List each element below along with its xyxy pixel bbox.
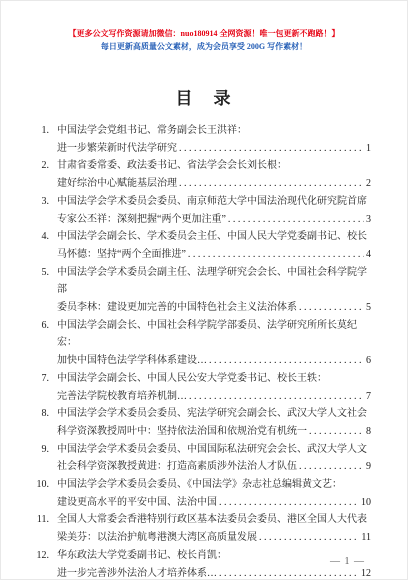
toc-entry-line1: 全国人大常委会香港特别行政区基本法委员会委员、港区全国人大代表: [57, 511, 371, 529]
toc-entry-number: 12.: [29, 547, 49, 580]
toc-entry-page: 10: [361, 494, 371, 512]
toc-entry-body: 中国法学会学术委员会委员、《中国法学》杂志社总编辑黄文艺： 建设更高水平的平安中…: [57, 476, 371, 511]
toc-entry-line2: 马怀德：坚持“两个全面推进”: [57, 246, 186, 264]
toc-entry-line2-row: 委员李林：建设更加完善的中国特色社会主义法治体系 5: [57, 299, 371, 317]
toc-entry-number: 3.: [29, 193, 49, 228]
toc-entry-body: 中国法学会副会长、中国人民公安大学党委书记、校长王轶： 完善法学院校教育培养机制…: [57, 370, 371, 405]
toc-entry-line2: 建好综治中心赋能基层治理: [57, 175, 177, 193]
dot-leader: [209, 352, 364, 370]
toc-entry-line2: 专家公丕祥：深刻把握“两个更加注重”: [57, 211, 226, 229]
toc-entry: 11. 全国人大常委会香港特别行政区基本法委员会委员、港区全国人大代表 梁美芬：…: [29, 511, 371, 546]
dot-leader: [228, 211, 364, 229]
toc-entry-page: 6: [366, 352, 371, 370]
toc-entry-line2-row: 科学资深教授周叶中：坚持依法治国和依规治党有机统一 8: [57, 423, 371, 441]
toc-entry-page: 5: [366, 299, 371, 317]
toc-entry-number: 10.: [29, 476, 49, 511]
toc-entry-body: 中国法学会副会长、学术委员会主任、中国人民大学党委副书记、校长 马怀德：坚持“两…: [57, 228, 371, 263]
toc-entry-line1: 中国法学会学术委员会副主任、法理学研究会会长、中国社会科学院学部: [57, 264, 371, 299]
toc-entry-number: 9.: [29, 441, 49, 476]
toc-entry-line2-row: 社会科学资深教授黄进：打造高素质涉外法治人才队伍 9: [57, 458, 371, 476]
toc-entry-page: 4: [366, 246, 371, 264]
toc-entry: 5. 中国法学会学术委员会副主任、法理学研究会会长、中国社会科学院学部 委员李林…: [29, 264, 371, 317]
toc-entry: 3. 中国法学会学术委员会委员、南京师范大学中国法治现代化研究院首席 专家公丕祥…: [29, 193, 371, 228]
dot-leader: [309, 423, 364, 441]
toc-entry-body: 甘肃省委常委、政法委书记、省法学会会长刘长根： 建好综治中心赋能基层治理 2: [57, 157, 371, 192]
toc-entry-line2-row: 进一步完善涉外法治人才培养体系… 12: [57, 565, 371, 580]
toc-entry-line2: 完善法学院校教育培养机制…: [57, 388, 187, 406]
toc-entry-line2-row: 建好综治中心赋能基层治理 2: [57, 175, 371, 193]
dot-leader: [179, 175, 364, 193]
dot-leader: [189, 388, 364, 406]
toc-entry-line2-row: 马怀德：坚持“两个全面推进” 4: [57, 246, 371, 264]
toc-entry-line2-row: 梁美芬：以法治护航粤港澳大湾区高质量发展 11: [57, 529, 371, 547]
toc-entry: 7. 中国法学会副会长、中国人民公安大学党委书记、校长王轶： 完善法学院校教育培…: [29, 370, 371, 405]
toc-entry: 4. 中国法学会副会长、学术委员会主任、中国人民大学党委副书记、校长 马怀德：坚…: [29, 228, 371, 263]
toc-entry-body: 中国法学会副会长、中国社会科学院学部委员、法学研究所所长莫纪宏： 加快中国特色法…: [57, 317, 371, 370]
toc-entry: 1. 中国法学会党组书记、常务副会长王洪祥： 进一步繁荣新时代法学研究 1: [29, 122, 371, 157]
dot-leader: [299, 458, 364, 476]
dot-leader: [299, 299, 364, 317]
toc-entry-body: 中国法学会学术委员会委员、宪法学研究会副会长、武汉大学人文社会 科学资深教授周叶…: [57, 405, 371, 440]
toc-entry: 12. 华东政法大学党委副书记、校长肖凯： 进一步完善涉外法治人才培养体系… 1…: [29, 547, 371, 580]
toc-entry-number: 7.: [29, 370, 49, 405]
toc-entry-number: 5.: [29, 264, 49, 317]
toc-entry-line2-row: 加快中国特色法学学科体系建设… 6: [57, 352, 371, 370]
toc-entry-line1: 中国法学会学术委员会委员、南京师范大学中国法治现代化研究院首席: [57, 193, 371, 211]
promo-banner-line1: 【更多公文写作资源请加微信：nuo180914 全网资源！唯一包更新不跑路！】: [1, 28, 407, 39]
toc-entry-line1: 中国法学会副会长、中国社会科学院学部委员、法学研究所所长莫纪宏：: [57, 317, 371, 352]
dot-leader: [188, 246, 364, 264]
toc-entry-number: 11.: [29, 511, 49, 546]
toc-entry-line2: 梁美芬：以法治护航粤港澳大湾区高质量发展: [57, 529, 257, 547]
toc-entry-line2-row: 进一步繁荣新时代法学研究 1: [57, 140, 371, 158]
toc-entry-line1: 中国法学会副会长、学术委员会主任、中国人民大学党委副书记、校长: [57, 228, 371, 246]
toc-entry-page: 1: [366, 140, 371, 158]
toc-entry-body: 中国法学会学术委员会委员、中国国际私法研究会会长、武汉大学人文 社会科学资深教授…: [57, 441, 371, 476]
toc-entry-line1: 中国法学会党组书记、常务副会长王洪祥：: [57, 122, 371, 140]
toc-entry-page: 3: [366, 211, 371, 229]
toc-entry-line2-row: 完善法学院校教育培养机制… 7: [57, 388, 371, 406]
toc-entry-line2: 进一步完善涉外法治人才培养体系…: [57, 565, 217, 580]
toc-entry: 6. 中国法学会副会长、中国社会科学院学部委员、法学研究所所长莫纪宏： 加快中国…: [29, 317, 371, 370]
toc-entry-body: 中国法学会党组书记、常务副会长王洪祥： 进一步繁荣新时代法学研究 1: [57, 122, 371, 157]
toc-entry-line1: 中国法学会学术委员会委员、中国国际私法研究会会长、武汉大学人文: [57, 441, 371, 459]
toc-entry-body: 中国法学会学术委员会委员、南京师范大学中国法治现代化研究院首席 专家公丕祥：深刻…: [57, 193, 371, 228]
toc-entry-page: 9: [366, 458, 371, 476]
toc-entry-page: 8: [366, 423, 371, 441]
toc-entry-line2: 进一步繁荣新时代法学研究: [57, 140, 177, 158]
toc-entry-line1: 华东政法大学党委副书记、校长肖凯：: [57, 547, 371, 565]
toc-entry-body: 全国人大常委会香港特别行政区基本法委员会委员、港区全国人大代表 梁美芬：以法治护…: [57, 511, 371, 546]
toc-entry-line2: 委员李林：建设更加完善的中国特色社会主义法治体系: [57, 299, 297, 317]
toc-entry-page: 11: [361, 529, 371, 547]
toc-entry-number: 1.: [29, 122, 49, 157]
toc-entry-line1: 中国法学会副会长、中国人民公安大学党委书记、校长王轶：: [57, 370, 371, 388]
toc-entry-line2: 加快中国特色法学学科体系建设…: [57, 352, 207, 370]
promo-banner-line2: 每日更新高质量公文素材，成为会员享受 200G 写作素材！: [1, 41, 407, 52]
page-number-footer: — 1 —: [330, 556, 365, 567]
toc-entry: 10. 中国法学会学术委员会委员、《中国法学》杂志社总编辑黄文艺： 建设更高水平…: [29, 476, 371, 511]
toc-entry-page: 7: [366, 388, 371, 406]
page-title: 目 录: [1, 84, 407, 109]
toc-entry-page: 2: [366, 175, 371, 193]
dot-leader: [259, 529, 359, 547]
toc-entry: 2. 甘肃省委常委、政法委书记、省法学会会长刘长根： 建好综治中心赋能基层治理 …: [29, 157, 371, 192]
toc-entry-number: 4.: [29, 228, 49, 263]
document-page: { "header": { "promo_line1": "【更多公文写作资源请…: [0, 0, 408, 580]
toc-entry-line1: 中国法学会学术委员会委员、宪法学研究会副会长、武汉大学人文社会: [57, 405, 371, 423]
toc-entry-line2: 科学资深教授周叶中：坚持依法治国和依规治党有机统一: [57, 423, 307, 441]
toc-entry-number: 6.: [29, 317, 49, 370]
toc-entry: 9. 中国法学会学术委员会委员、中国国际私法研究会会长、武汉大学人文 社会科学资…: [29, 441, 371, 476]
toc-entry-number: 2.: [29, 157, 49, 192]
toc-entry-number: 8.: [29, 405, 49, 440]
toc-entry-line2-row: 建设更高水平的平安中国、法治中国 10: [57, 494, 371, 512]
toc-entry-line1: 中国法学会学术委员会委员、《中国法学》杂志社总编辑黄文艺：: [57, 476, 371, 494]
toc-entry-line2: 社会科学资深教授黄进：打造高素质涉外法治人才队伍: [57, 458, 297, 476]
toc-entry-line1: 甘肃省委常委、政法委书记、省法学会会长刘长根：: [57, 157, 371, 175]
toc-entry: 8. 中国法学会学术委员会委员、宪法学研究会副会长、武汉大学人文社会 科学资深教…: [29, 405, 371, 440]
toc-entry-body: 华东政法大学党委副书记、校长肖凯： 进一步完善涉外法治人才培养体系… 12: [57, 547, 371, 580]
toc-entry-line2: 建设更高水平的平安中国、法治中国: [57, 494, 217, 512]
toc-entry-body: 中国法学会学术委员会副主任、法理学研究会会长、中国社会科学院学部 委员李林：建设…: [57, 264, 371, 317]
dot-leader: [179, 140, 364, 158]
toc-entry-line2-row: 专家公丕祥：深刻把握“两个更加注重” 3: [57, 211, 371, 229]
dot-leader: [219, 494, 359, 512]
toc-list: 1. 中国法学会党组书记、常务副会长王洪祥： 进一步繁荣新时代法学研究 1 2.…: [29, 122, 371, 580]
